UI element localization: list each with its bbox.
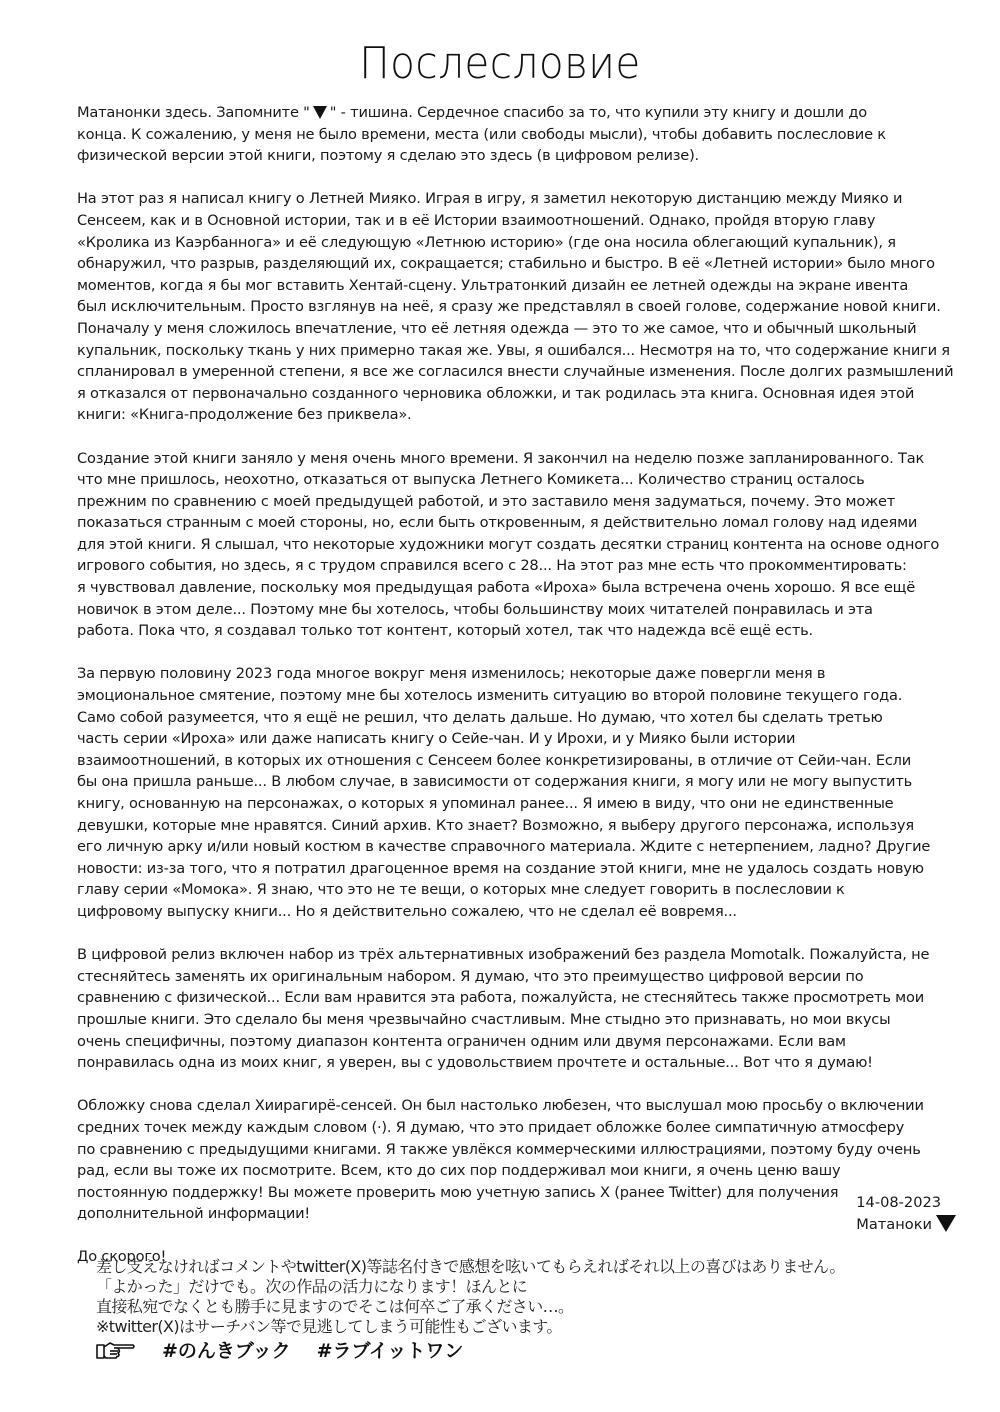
text-line: физической версии этой книги, поэтому я … — [77, 145, 957, 167]
black-down-triangle-icon — [313, 106, 327, 119]
text-line: эмоциональное смятение, поэтому мне бы х… — [77, 685, 957, 707]
text-line: его личную арку и/или новый костюм в кач… — [77, 836, 957, 858]
text-line: Поначалу у меня сложилось впечатление, ч… — [77, 318, 957, 340]
text-line: я отказался от первоначально созданного … — [77, 383, 957, 405]
text-line: Создание этой книги заняло у меня очень … — [77, 448, 957, 470]
hashtags-row: #のんきブック #ラブイットワン — [96, 1336, 463, 1363]
signature-author-row: Матаноки — [856, 1214, 956, 1236]
text-line: книгу, основанную на персонажах, о котор… — [77, 793, 957, 815]
signature-date: 14-08-2023 — [856, 1192, 956, 1214]
text-span: " - тишина. Сердечное спасибо за то, что… — [330, 104, 867, 121]
paragraph-plans-2023: За первую половину 2023 года многое вокр… — [77, 663, 957, 922]
text-line: моментов, когда я бы мог вставить Хентай… — [77, 275, 957, 297]
japanese-note-line: 「よかった」だけでも。次の作品の活力になります！ほんとに — [96, 1277, 976, 1297]
text-line: В цифровой релиз включен набор из трёх а… — [77, 944, 957, 966]
paragraph-cover: Обложку снова сделал Хиирагирё-сенсей. О… — [77, 1095, 957, 1225]
text-line: стесняйтесь заменять их оригинальным наб… — [77, 966, 957, 988]
afterword-page: Послесловие Матанонки здесь. Запомните "… — [0, 0, 1000, 1412]
text-line: игрового события, но здесь, я с трудом с… — [77, 555, 957, 577]
paragraph-creation-time: Создание этой книги заняло у меня очень … — [77, 448, 957, 642]
text-line: конца. К сожалению, у меня не было време… — [77, 124, 957, 146]
text-line: средних точек между каждым словом (·). Я… — [77, 1117, 957, 1139]
black-down-triangle-icon — [936, 1215, 956, 1232]
text-line: очень специфичны, поэтому диапазон конте… — [77, 1031, 957, 1053]
text-line: взаимоотношений, в которых их отношения … — [77, 750, 957, 772]
text-line: часть серии «Ироха» или даже написать кн… — [77, 728, 957, 750]
afterword-body: Матанонки здесь. Запомните "" - тишина. … — [77, 102, 957, 1290]
text-line: постоянную поддержку! Вы можете проверит… — [77, 1182, 957, 1204]
text-line: «Кролика из Каэрбанногa» и её следующую … — [77, 232, 957, 254]
pointing-hand-icon — [96, 1339, 136, 1361]
text-line: бы она пришла раньше... В любом случае, … — [77, 771, 957, 793]
text-line: спланировал в умеренной степени, я все ж… — [77, 361, 957, 383]
japanese-note: 差し支えなければコメントやtwitter(X)等誌名付きで感想を呟いてもらえれば… — [96, 1257, 976, 1337]
text-line: новичок в этом деле... Поэтому мне бы хо… — [77, 599, 957, 621]
text-line: Само собой разумеется, что я ещё не реши… — [77, 707, 957, 729]
japanese-note-line: 直接私宛でなくとも勝手に見ますのでそこは何卒ご了承ください…。 — [96, 1297, 976, 1317]
signature-author: Матаноки — [856, 1216, 932, 1233]
text-line: был исключительным. Просто взглянув на н… — [77, 296, 957, 318]
text-line: главу серии «Момока». Я знаю, что это не… — [77, 879, 957, 901]
text-line: Обложку снова сделал Хиирагирё-сенсей. О… — [77, 1095, 957, 1117]
text-line: дополнительной информации! — [77, 1203, 957, 1225]
text-line: книги: «Книга-продолжение без приквела». — [77, 404, 957, 426]
text-line: новости: из-за того, что я потратил драг… — [77, 858, 957, 880]
text-line: прежним по сравнению с моей предыдущей р… — [77, 491, 957, 513]
text-line: для этой книги. Я слышал, что некоторые … — [77, 534, 957, 556]
text-line: что мне пришлось, неохотно, отказаться о… — [77, 469, 957, 491]
page-title: Послесловие — [40, 38, 960, 89]
japanese-note-line: ※twitter(X)はサーチバン等で見逃してしまう可能性もございます。 — [96, 1317, 976, 1337]
text-line: понравилась одна из моих книг, я уверен,… — [77, 1052, 957, 1074]
text-line: показаться странным с моей стороны, но, … — [77, 512, 957, 534]
text-line: рад, если вы тоже их посмотрите. Всем, к… — [77, 1160, 957, 1182]
text-line: работа. Пока что, я создавал только тот … — [77, 620, 957, 642]
text-line: За первую половину 2023 года многое вокр… — [77, 663, 957, 685]
text-line: Сенсеем, как и в Основной истории, так и… — [77, 210, 957, 232]
text-line: цифровому выпуску книги... Но я действит… — [77, 901, 957, 923]
text-line: сравнению с физической... Если вам нрави… — [77, 987, 957, 1009]
text-line: обнаружил, что разрыв, разделяющий их, с… — [77, 253, 957, 275]
paragraph-digital-release: В цифровой релиз включен набор из трёх а… — [77, 944, 957, 1074]
japanese-note-line: 差し支えなければコメントやtwitter(X)等誌名付きで感想を呟いてもらえれば… — [96, 1257, 976, 1277]
hashtag-nonki-book[interactable]: #のんきブック — [162, 1336, 291, 1363]
text-line: я чувствовал давление, поскольку моя пре… — [77, 577, 957, 599]
text-line: прошлые книги. Это сделало бы меня чрезв… — [77, 1009, 957, 1031]
text-line: купальник, поскольку ткань у них примерн… — [77, 340, 957, 362]
signature-block: 14-08-2023 Матаноки — [856, 1192, 956, 1236]
text-line: На этот раз я написал книгу о Летней Мия… — [77, 188, 957, 210]
paragraph-summer-miyako: На этот раз я написал книгу о Летней Мия… — [77, 188, 957, 426]
paragraph-intro: Матанонки здесь. Запомните "" - тишина. … — [77, 102, 957, 167]
text-span: Матанонки здесь. Запомните " — [77, 104, 310, 121]
hashtag-love-it-one[interactable]: #ラブイットワン — [317, 1336, 464, 1363]
text-line: девушки, которые мне нравятся. Синий арх… — [77, 815, 957, 837]
text-line: Матанонки здесь. Запомните "" - тишина. … — [77, 102, 957, 124]
text-line: по сравнению с предыдущими книгами. Я та… — [77, 1139, 957, 1161]
